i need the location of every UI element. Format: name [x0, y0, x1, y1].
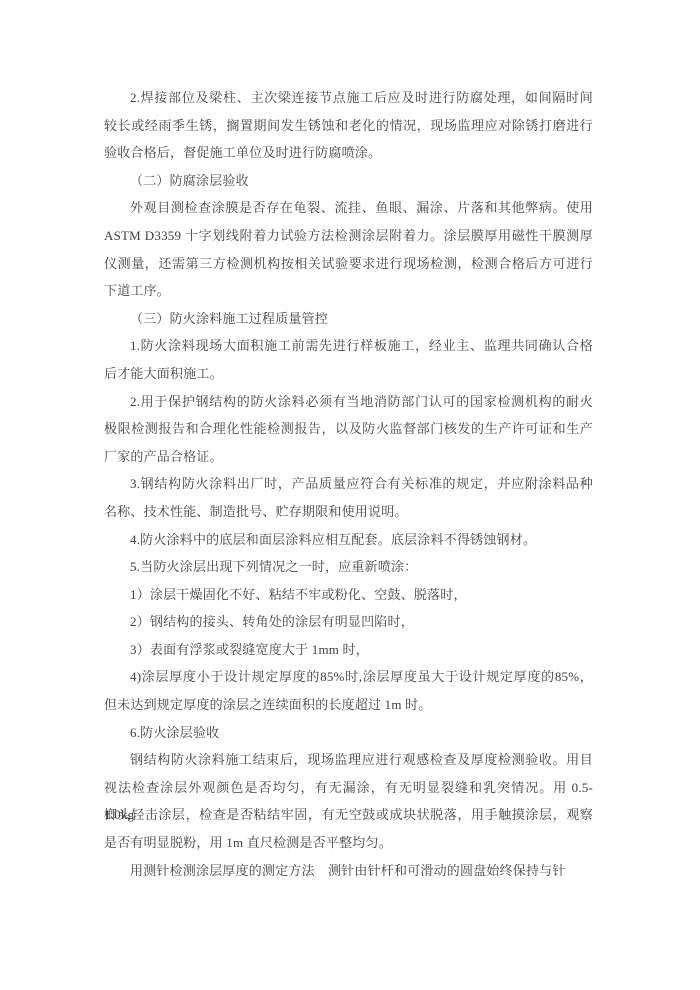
- text-line: 2.焊接部位及梁柱、主次梁连接节点施工后应及时进行防腐处理，如间隔时间: [104, 84, 593, 112]
- text-line: 外观目测检查涂膜是否存在龟裂、流挂、鱼眼、漏涂、片落和其他弊病。使用: [104, 194, 593, 222]
- text-line: 是否有明显脱粉，用 1m 直尺检测是否平整均匀。: [104, 829, 593, 857]
- text-line: 榔头轻击涂层，检查是否粘结牢固，有无空鼓或成块状脱落，用手触摸涂层，观察: [104, 801, 593, 829]
- text-line: 3）表面有浮浆或裂缝宽度大于 1mm 时，: [104, 636, 593, 664]
- document-text-block: 2.焊接部位及梁柱、主次梁连接节点施工后应及时进行防腐处理，如间隔时间较长或经雨…: [104, 84, 593, 884]
- text-line: 视法检查涂层外观颜色是否均匀，有无漏涂，有无明显裂缝和乳突情况。用 0.5-1.…: [104, 774, 593, 802]
- text-line: 4.防火涂料中的底层和面层涂料应相互配套。底层涂料不得锈蚀钢材。: [104, 526, 593, 554]
- text-line: 较长或经雨季生锈，搁置期间发生锈蚀和老化的情况，现场监理应对除锈打磨进行: [104, 112, 593, 140]
- text-line: 仪测量，还需第三方检测机构按相关试验要求进行现场检测，检测合格后方可进行: [104, 250, 593, 278]
- text-line: 但未达到规定厚度的涂层之连续面积的长度超过 1m 时。: [104, 691, 593, 719]
- text-line: （二）防腐涂层验收: [104, 167, 593, 195]
- text-line: 极限检测报告和合理化性能检测报告，以及防火监督部门核发的生产许可证和生产: [104, 415, 593, 443]
- text-line: 6.防火涂层验收: [104, 719, 593, 747]
- text-line: 2）钢结构的接头、转角处的涂层有明显凹陷时，: [104, 608, 593, 636]
- text-line: 下道工序。: [104, 277, 593, 305]
- text-line: 1）涂层干燥固化不好、粘结不牢或粉化、空鼓、脱落时，: [104, 581, 593, 609]
- text-line: 验收合格后，督促施工单位及时进行防腐喷涂。: [104, 139, 593, 167]
- text-line: 后才能大面积施工。: [104, 360, 593, 388]
- text-line: 1.防火涂料现场大面积施工前需先进行样板施工，经业主、监理共同确认合格: [104, 332, 593, 360]
- text-line: ASTM D3359 十字划线附着力试验方法检测涂层附着力。涂层膜厚用磁性干膜测…: [104, 222, 593, 250]
- text-line: 钢结构防火涂料施工结束后，现场监理应进行观感检查及厚度检测验收。用目: [104, 746, 593, 774]
- text-line: （三）防火涂料施工过程质量管控: [104, 305, 593, 333]
- text-line: 5.当防火涂层出现下列情况之一时，应重新喷涂：: [104, 553, 593, 581]
- page-background: 2.焊接部位及梁柱、主次梁连接节点施工后应及时进行防腐处理，如间隔时间较长或经雨…: [0, 0, 700, 990]
- text-line: 名称、技术性能、制造批号、贮存期限和使用说明。: [104, 498, 593, 526]
- text-line: 厂家的产品合格证。: [104, 443, 593, 471]
- text-line: 3.钢结构防火涂料出厂时，产品质量应符合有关标准的规定，并应附涂料品种: [104, 470, 593, 498]
- text-line: 用测针检测涂层厚度的测定方法 测针由针杆和可滑动的圆盘始终保持与针: [104, 857, 593, 885]
- text-line: 2.用于保护钢结构的防火涂料必须有当地消防部门认可的国家检测机构的耐火: [104, 388, 593, 416]
- text-line: 4)涂层厚度小于设计规定厚度的85%时,涂层厚度虽大于设计规定厚度的85%，: [104, 663, 593, 691]
- document-page: { "page": { "width": 700, "height": 990,…: [0, 0, 700, 990]
